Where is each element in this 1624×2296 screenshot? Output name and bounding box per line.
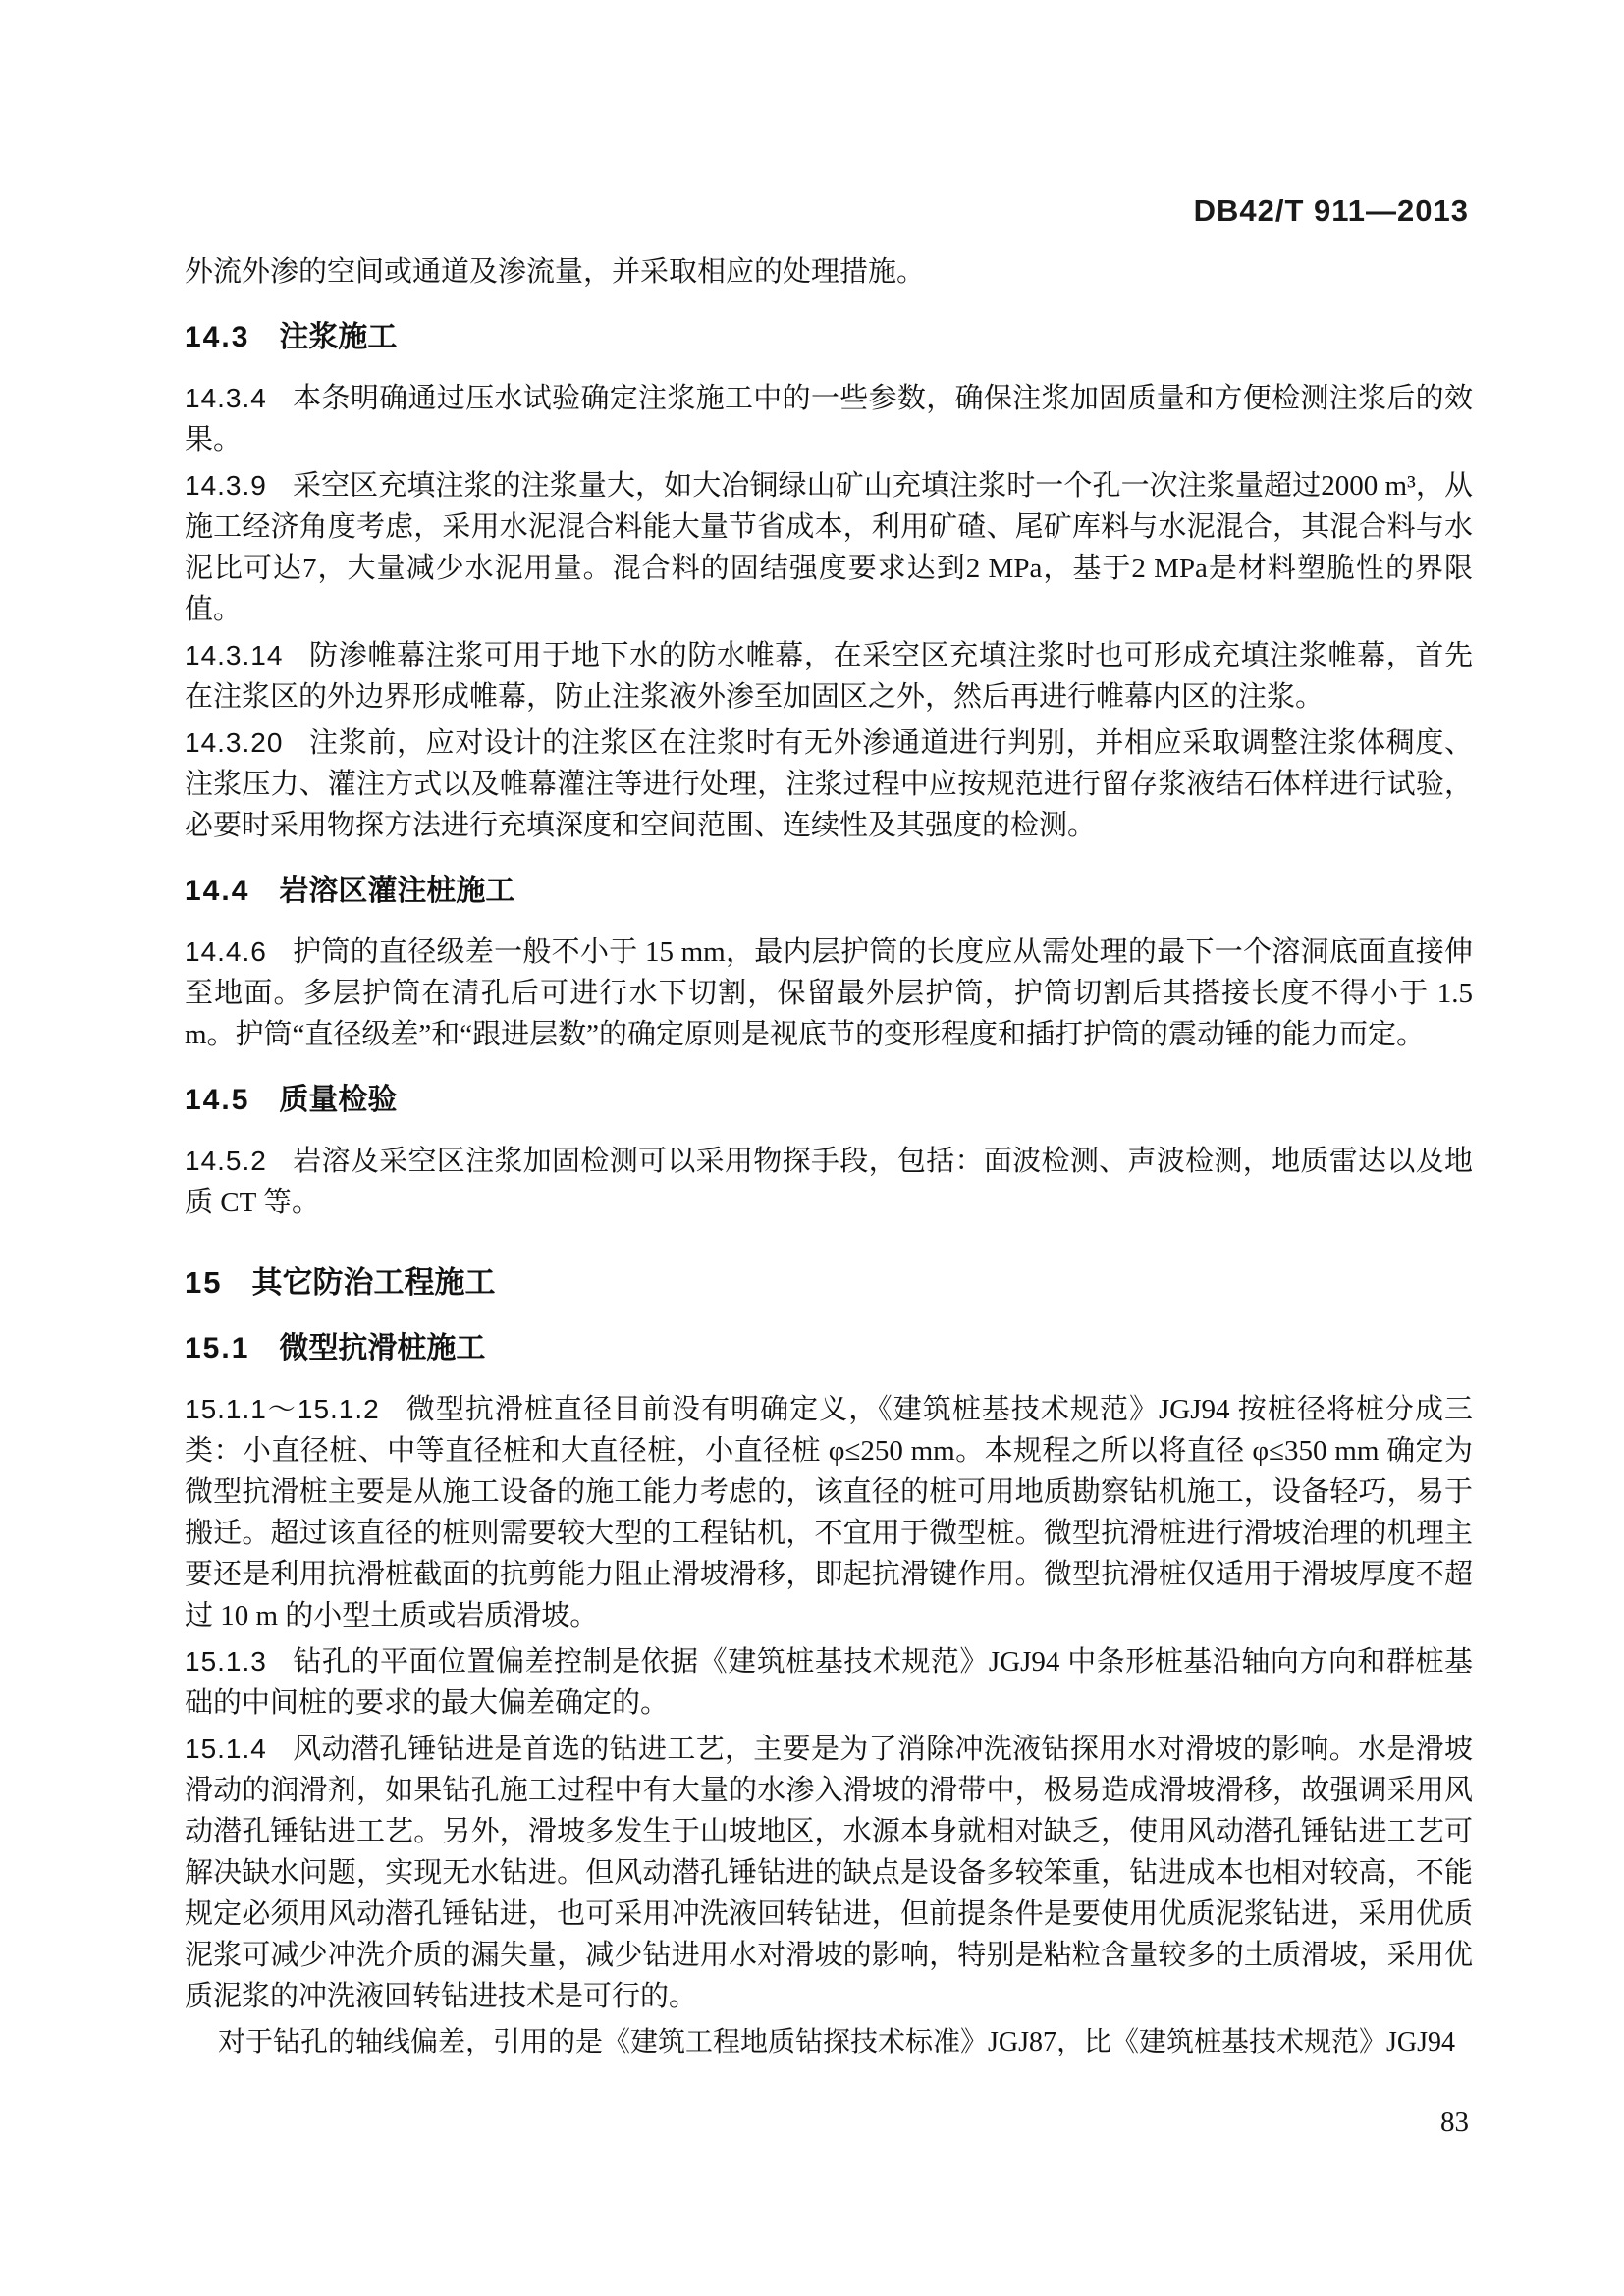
para-14-3-9: 14.3.9采空区充填注浆的注浆量大，如大冶铜绿山矿山充填注浆时一个孔一次注浆量… xyxy=(185,465,1473,630)
para-text: 风动潜孔锤钻进是首选的钻进工艺，主要是为了消除冲洗液钻探用水对滑坡的影响。水是滑… xyxy=(185,1734,1473,2012)
heading-14-4: 14.4岩溶区灌注桩施工 xyxy=(185,871,1473,912)
para-text: 注浆前，应对设计的注浆区在注浆时有无外渗通道进行判别，并相应采取调整注浆体稠度、… xyxy=(185,727,1473,841)
para-text: 采空区充填注浆的注浆量大，如大冶铜绿山矿山充填注浆时一个孔一次注浆量超过2000… xyxy=(185,470,1473,625)
para-number: 15.1.1～15.1.2 xyxy=(185,1394,380,1424)
page-body: 外流外渗的空间或通道及渗流量，并采取相应的处理措施。 14.3注浆施工 14.3… xyxy=(185,251,1473,2068)
heading-14-3: 14.3注浆施工 xyxy=(185,317,1473,358)
heading-title: 其它防治工程施工 xyxy=(251,1265,495,1300)
para-15-1-3: 15.1.3钻孔的平面位置偏差控制是依据《建筑桩基技术规范》JGJ94 中条形桩… xyxy=(185,1641,1473,1724)
page-number: 83 xyxy=(1440,2107,1469,2139)
para-text: 本条明确通过压水试验确定注浆施工中的一些参数，确保注浆加固质量和方便检测注浆后的… xyxy=(185,383,1473,455)
heading-title: 岩溶区灌注桩施工 xyxy=(279,875,514,907)
heading-number: 15 xyxy=(185,1265,222,1300)
para-14-5-2: 14.5.2岩溶及采空区注浆加固检测可以采用物探手段，包括：面波检测、声波检测，… xyxy=(185,1141,1473,1223)
para-14-3-4: 14.3.4本条明确通过压水试验确定注浆施工中的一些参数，确保注浆加固质量和方便… xyxy=(185,378,1473,460)
heading-number: 14.5 xyxy=(185,1084,249,1116)
para-14-3-20: 14.3.20注浆前，应对设计的注浆区在注浆时有无外渗通道进行判别，并相应采取调… xyxy=(185,722,1473,846)
para-number: 14.3.14 xyxy=(185,640,283,670)
para-text: 护筒的直径级差一般不小于 15 mm，最内层护筒的长度应从需处理的最下一个溶洞底… xyxy=(185,936,1473,1050)
heading-14-5: 14.5质量检验 xyxy=(185,1080,1473,1121)
document-page: DB42/T 911—2013 外流外渗的空间或通道及渗流量，并采取相应的处理措… xyxy=(0,0,1624,2296)
para-14-3-14: 14.3.14防渗帷幕注浆可用于地下水的防水帷幕，在采空区充填注浆时也可形成充填… xyxy=(185,635,1473,718)
para-number: 14.4.6 xyxy=(185,936,267,967)
para-14-4-6: 14.4.6护筒的直径级差一般不小于 15 mm，最内层护筒的长度应从需处理的最… xyxy=(185,932,1473,1055)
continuation-paragraph: 外流外渗的空间或通道及渗流量，并采取相应的处理措施。 xyxy=(185,251,1473,293)
heading-15: 15其它防治工程施工 xyxy=(185,1262,1473,1304)
heading-15-1: 15.1微型抗滑桩施工 xyxy=(185,1328,1473,1369)
para-number: 14.3.4 xyxy=(185,383,267,413)
heading-title: 微型抗滑桩施工 xyxy=(279,1332,485,1364)
standard-code-header: DB42/T 911—2013 xyxy=(1194,193,1469,229)
para-axis-deviation: 对于钻孔的轴线偏差，引用的是《建筑工程地质钻探技术标准》JGJ87，比《建筑桩基… xyxy=(185,2022,1473,2063)
para-text: 钻孔的平面位置偏差控制是依据《建筑桩基技术规范》JGJ94 中条形桩基沿轴向方向… xyxy=(185,1646,1473,1719)
para-number: 14.5.2 xyxy=(185,1146,267,1176)
para-number: 14.3.20 xyxy=(185,727,283,758)
para-number: 15.1.4 xyxy=(185,1734,267,1764)
heading-number: 14.4 xyxy=(185,875,249,907)
para-text: 防渗帷幕注浆可用于地下水的防水帷幕，在采空区充填注浆时也可形成充填注浆帷幕，首先… xyxy=(185,640,1473,713)
para-15-1-4: 15.1.4风动潜孔锤钻进是首选的钻进工艺，主要是为了消除冲洗液钻探用水对滑坡的… xyxy=(185,1729,1473,2017)
heading-title: 注浆施工 xyxy=(279,321,397,353)
para-number: 14.3.9 xyxy=(185,470,267,501)
para-text: 岩溶及采空区注浆加固检测可以采用物探手段，包括：面波检测、声波检测，地质雷达以及… xyxy=(185,1146,1473,1218)
heading-number: 14.3 xyxy=(185,321,249,353)
heading-number: 15.1 xyxy=(185,1332,249,1364)
para-text: 微型抗滑桩直径目前没有明确定义，《建筑桩基技术规范》JGJ94 按桩径将桩分成三… xyxy=(185,1394,1473,1631)
para-15-1-1: 15.1.1～15.1.2微型抗滑桩直径目前没有明确定义，《建筑桩基技术规范》J… xyxy=(185,1389,1473,1636)
heading-title: 质量检验 xyxy=(279,1084,397,1116)
para-number: 15.1.3 xyxy=(185,1646,267,1677)
